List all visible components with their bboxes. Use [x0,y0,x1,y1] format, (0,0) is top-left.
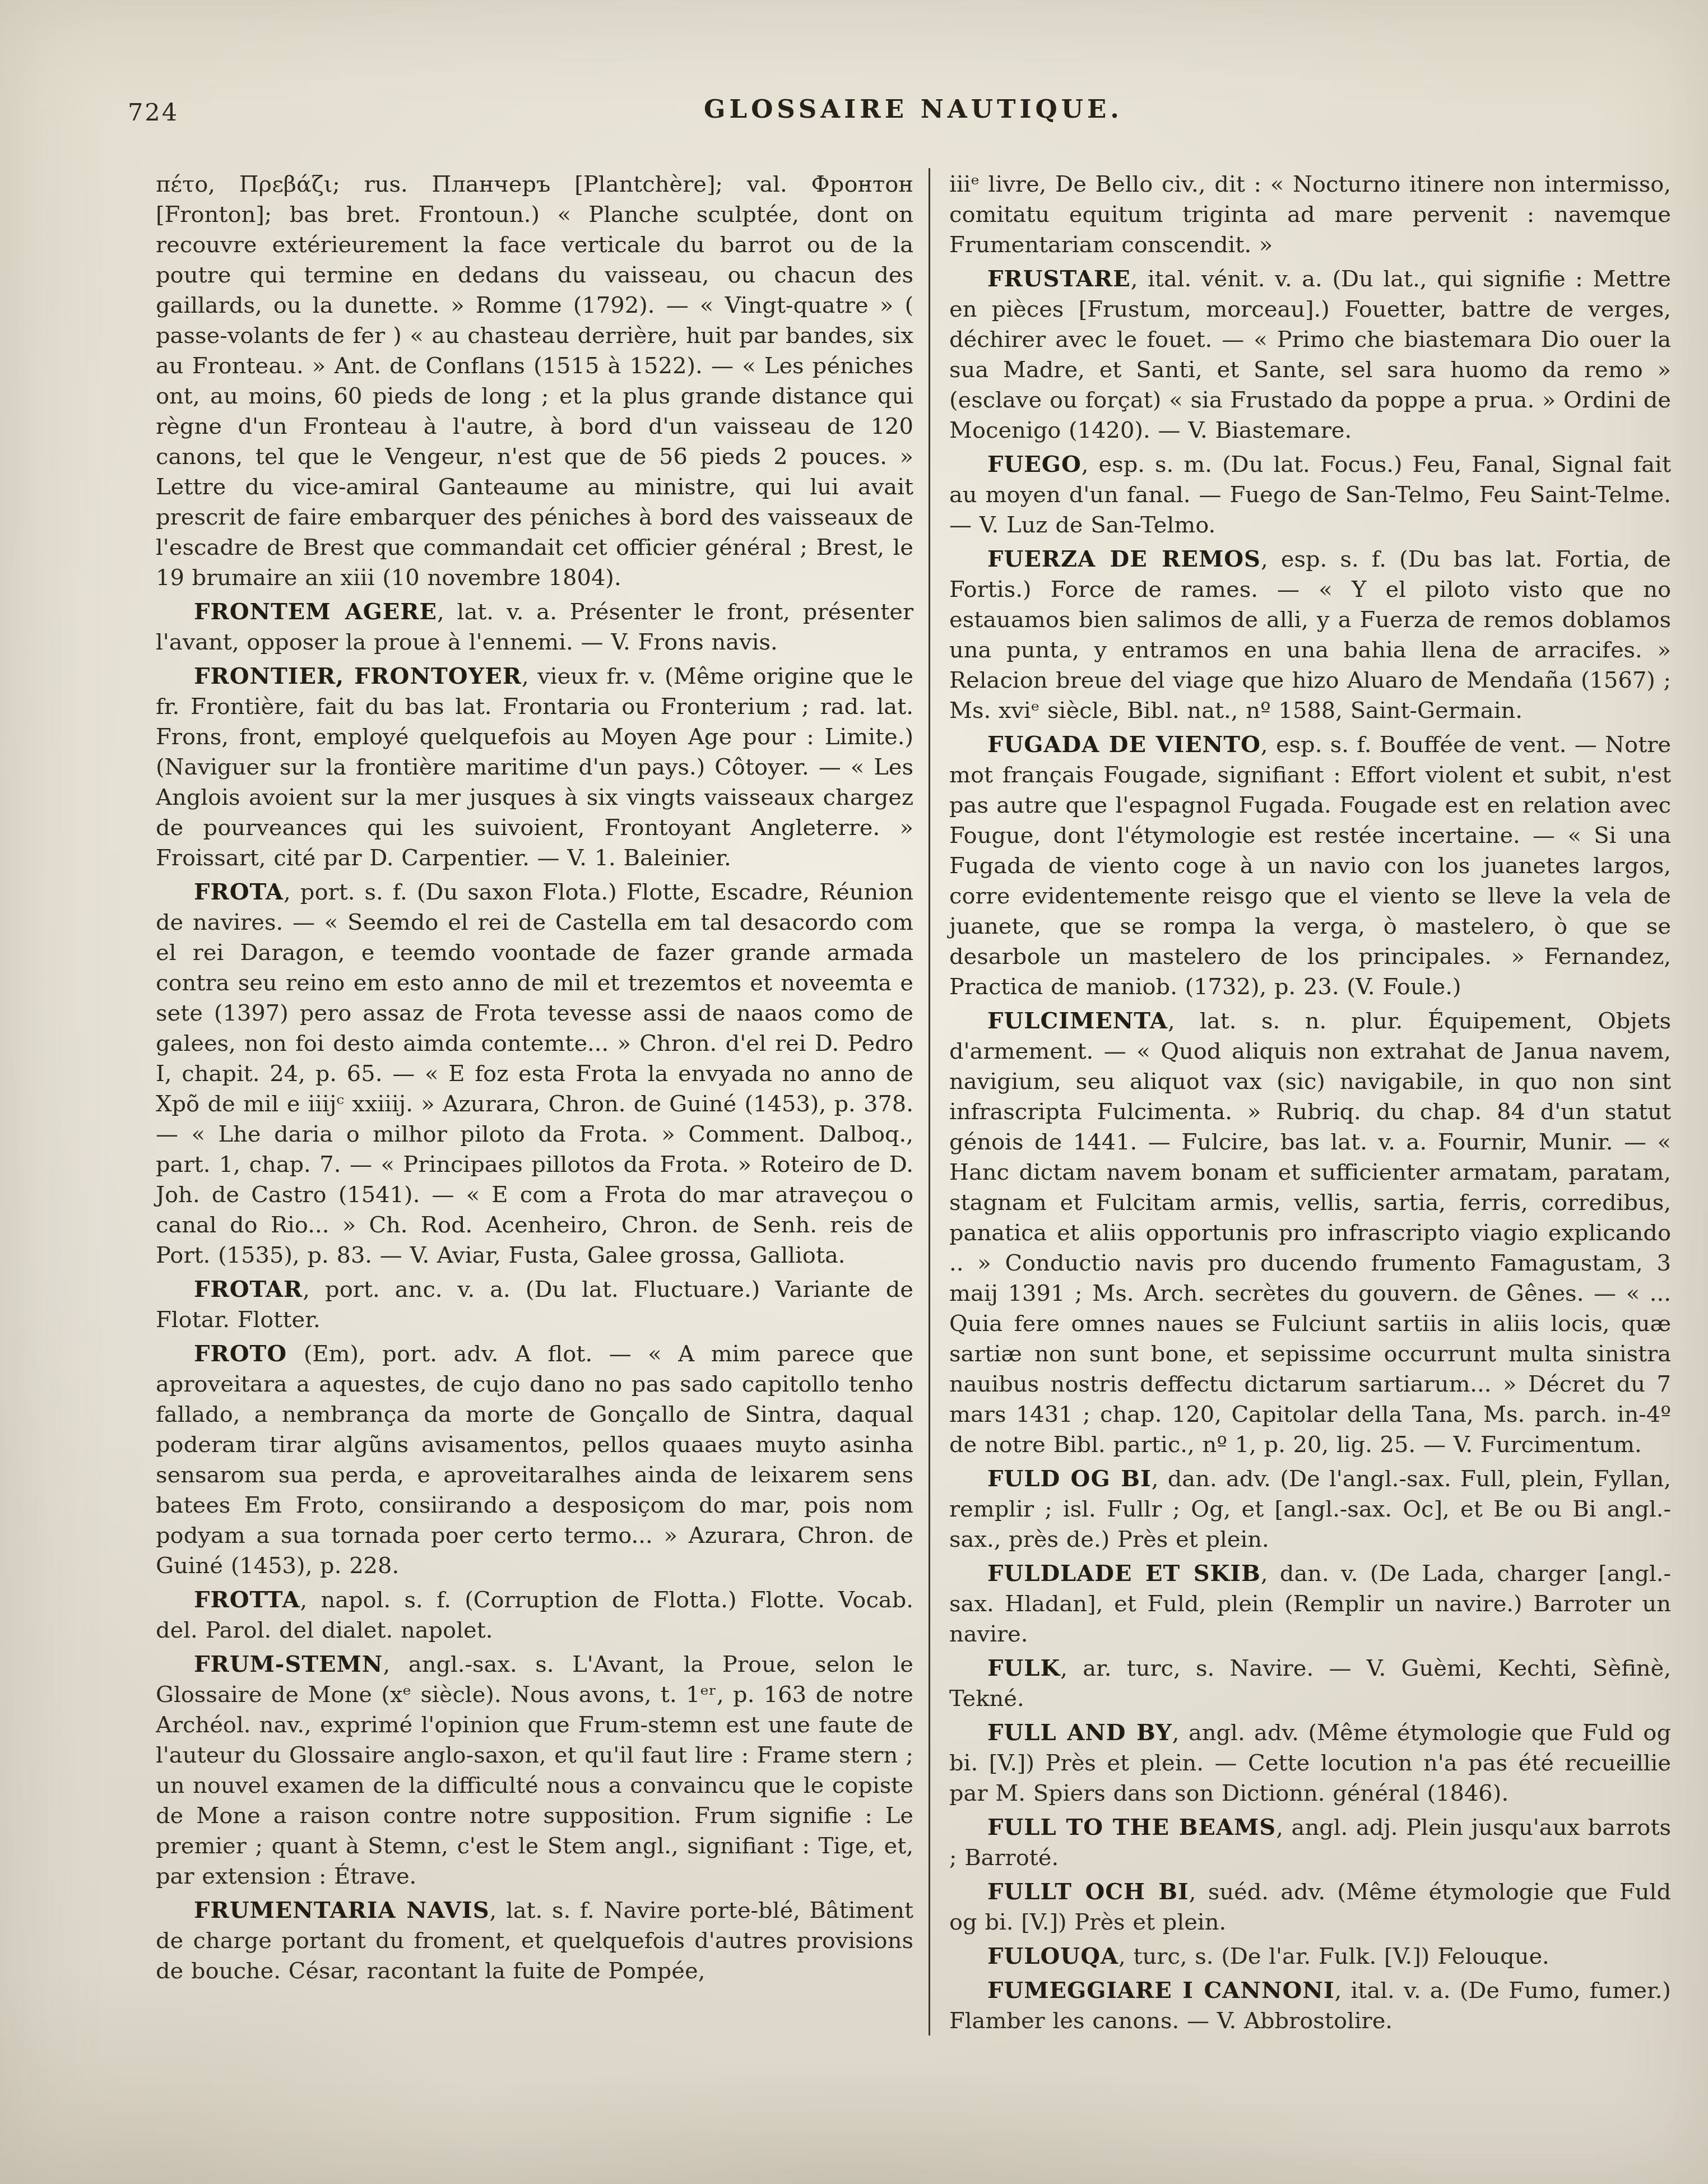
entry-headword: FRUM-STEMN [194,1651,383,1677]
entry-headword: FROTAR [194,1276,303,1302]
dictionary-entry: FUERZA DE REMOS, esp. s. f. (Du bas lat.… [949,544,1671,726]
dictionary-entry: FULCIMENTA, lat. s. n. plur. Équipement,… [949,1006,1671,1460]
entry-headword: FULDLADE ET SKIB [987,1560,1261,1587]
dictionary-entry: FRUM-STEMN, angl.-sax. s. L'Avant, la Pr… [156,1649,913,1891]
entry-headword: FULCIMENTA [987,1008,1168,1034]
left-text-column: πέτο, Πρεβάζι; rus. Планчеръ [Plantchère… [156,169,913,1986]
entry-text: , lat. s. n. plur. Équipement, Objets d'… [949,1008,1671,1458]
entry-headword: FROTTA [194,1587,300,1613]
dictionary-entry: FROTTA, napol. s. f. (Corruption de Flot… [156,1585,913,1645]
entry-headword: FULL TO THE BEAMS [987,1814,1276,1840]
entry-headword: FRUMENTARIA NAVIS [194,1897,490,1923]
entry-headword: FRUSTARE [987,266,1131,292]
dictionary-entry: FULDLADE ET SKIB, dan. v. (De Lada, char… [949,1559,1671,1649]
dictionary-entry: FRUMENTARIA NAVIS, lat. s. f. Navire por… [156,1895,913,1986]
dictionary-entry: FULLT OCH BI, suéd. adv. (Même étymologi… [949,1877,1671,1937]
dictionary-entry: FRONTEM AGERE, lat. v. a. Présenter le f… [156,597,913,657]
dictionary-entry: FUMEGGIARE I CANNONI, ital. v. a. (De Fu… [949,1976,1671,2036]
entry-headword: FUMEGGIARE I CANNONI [987,1977,1335,2004]
entry-text: , esp. s. f. Bouffée de vent. — Notre mo… [949,732,1671,1000]
entry-text: πέτο, Πρεβάζι; rus. Планчеръ [Plantchère… [156,171,913,591]
entry-headword: FULOUQA [987,1943,1118,1969]
entry-text: , turc, s. (De l'ar. Fulk. [V.]) Felouqu… [1118,1944,1549,1969]
entry-headword: FULD OG BI [987,1466,1152,1492]
entry-text: , angl.-sax. s. L'Avant, la Proue, selon… [156,1652,913,1889]
entry-headword: FRONTEM AGERE [194,599,437,625]
entry-headword: FUERZA DE REMOS [987,546,1261,572]
dictionary-entry: FRUSTARE, ital. vénit. v. a. (Du lat., q… [949,264,1671,446]
entry-text: (Em), port. adv. A flot. — « A mim parec… [156,1341,913,1579]
entry-text: , port. s. f. (Du saxon Flota.) Flotte, … [156,879,913,1268]
dictionary-entry: FROTO (Em), port. adv. A flot. — « A mim… [156,1339,913,1581]
entry-headword: FULK [987,1655,1060,1681]
entry-headword: FRONTIER, FRONTOYER [194,663,522,689]
entry-text: iiiᵉ livre, De Bello civ., dit : « Noctu… [949,171,1671,258]
dictionary-entry: FUEGO, esp. s. m. (Du lat. Focus.) Feu, … [949,449,1671,540]
scanned-book-page: 724 GLOSSAIRE NAUTIQUE. πέτο, Πρεβάζι; r… [0,0,1708,2184]
dictionary-entry: FROTAR, port. anc. v. a. (Du lat. Fluctu… [156,1274,913,1335]
dictionary-entry: FULOUQA, turc, s. (De l'ar. Fulk. [V.]) … [949,1941,1671,1972]
entry-headword: FULLT OCH BI [987,1879,1189,1905]
dictionary-entry: FRONTIER, FRONTOYER, vieux fr. v. (Même … [156,661,913,873]
column-divider-rule [929,168,930,2035]
dictionary-entry: FROTA, port. s. f. (Du saxon Flota.) Flo… [156,877,913,1270]
entry-text: , vieux fr. v. (Même origine que le fr. … [156,664,913,871]
dictionary-entry: FULL AND BY, angl. adv. (Même étymologie… [949,1718,1671,1809]
entry-headword: FUGADA DE VIENTO [987,731,1261,758]
continuation-paragraph: iiiᵉ livre, De Bello civ., dit : « Noctu… [949,169,1671,260]
entry-headword: FUEGO [987,451,1082,477]
dictionary-entry: FULL TO THE BEAMS, angl. adj. Plein jusq… [949,1812,1671,1873]
entry-headword: FROTO [194,1341,287,1367]
entry-headword: FULL AND BY [987,1719,1172,1746]
dictionary-entry: FULK, ar. turc, s. Navire. — V. Guèmi, K… [949,1653,1671,1714]
entry-text: , esp. s. f. (Du bas lat. Fortia, de For… [949,546,1671,724]
entry-headword: FROTA [194,879,284,905]
right-text-column: iiiᵉ livre, De Bello civ., dit : « Noctu… [949,169,1671,2036]
page-title: GLOSSAIRE NAUTIQUE. [157,94,1670,124]
entry-text: , ital. vénit. v. a. (Du lat., qui signi… [949,266,1671,443]
dictionary-entry: FUGADA DE VIENTO, esp. s. f. Bouffée de … [949,730,1671,1002]
continuation-paragraph: πέτο, Πρεβάζι; rus. Планчеръ [Plantchère… [156,169,913,593]
dictionary-entry: FULD OG BI, dan. adv. (De l'angl.-sax. F… [949,1464,1671,1555]
